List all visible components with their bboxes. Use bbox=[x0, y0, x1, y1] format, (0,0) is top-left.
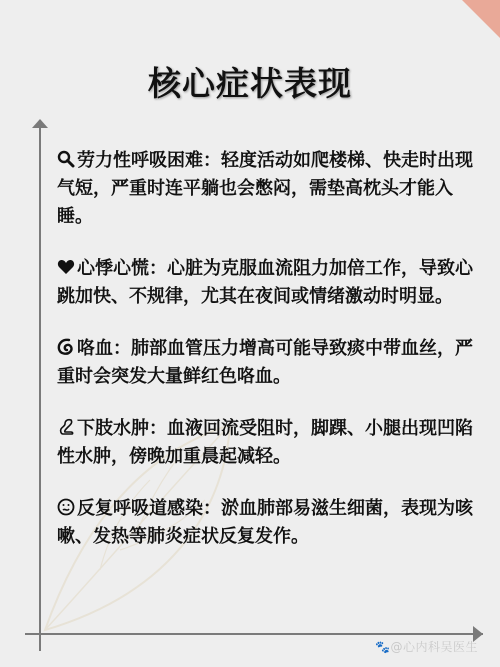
symptom-item-edema: 下肢水肿：血液回流受阻时，脚踝、小腿出现凹陷性水肿，傍晚加重晨起减轻。 bbox=[57, 415, 477, 471]
symptom-label: 咯血： bbox=[77, 338, 131, 359]
corner-accent-triangle bbox=[462, 0, 500, 38]
x-axis-line bbox=[25, 633, 483, 635]
magnifier-icon bbox=[57, 150, 75, 168]
leg-icon bbox=[57, 418, 75, 436]
watermark-text: 心内科吴医生 bbox=[403, 640, 478, 654]
symptom-list: 劳力性呼吸困难：轻度活动如爬楼梯、快走时出现气短，严重时连平躺也会憋闷，需垫高枕… bbox=[57, 147, 477, 575]
symptom-item-dyspnea: 劳力性呼吸困难：轻度活动如爬楼梯、快走时出现气短，严重时连平躺也会憋闷，需垫高枕… bbox=[57, 147, 477, 231]
symptom-item-palpitation: 心悸心慌：心脏为克服血流阻力加倍工作，导致心跳加快、不规律，尤其在夜间或情绪激动… bbox=[57, 255, 477, 311]
swirl-icon bbox=[57, 338, 75, 356]
symptom-label: 下肢水肿： bbox=[77, 418, 167, 439]
page: 核心症状表现 劳力性呼吸困难：轻度活动如爬楼梯、快走时出现气短，严重时连平躺也会… bbox=[0, 0, 500, 667]
author-watermark: 🐾@心内科吴医生 bbox=[375, 638, 478, 655]
sick-face-icon bbox=[57, 498, 75, 516]
y-axis-line bbox=[39, 126, 41, 651]
page-title: 核心症状表现 bbox=[0, 58, 500, 105]
symptom-item-hemoptysis: 咯血：肺部血管压力增高可能导致痰中带血丝，严重时会突发大量鲜红色咯血。 bbox=[57, 335, 477, 391]
symptom-label: 劳力性呼吸困难： bbox=[77, 150, 221, 171]
symptom-label: 反复呼吸道感染： bbox=[77, 498, 221, 519]
heart-icon bbox=[57, 258, 75, 276]
symptom-item-infection: 反复呼吸道感染：淤血肺部易滋生细菌，表现为咳嗽、发热等肺炎症状反复发作。 bbox=[57, 495, 477, 551]
symptom-label: 心悸心慌： bbox=[77, 258, 167, 279]
paw-icon: 🐾@ bbox=[375, 640, 403, 654]
